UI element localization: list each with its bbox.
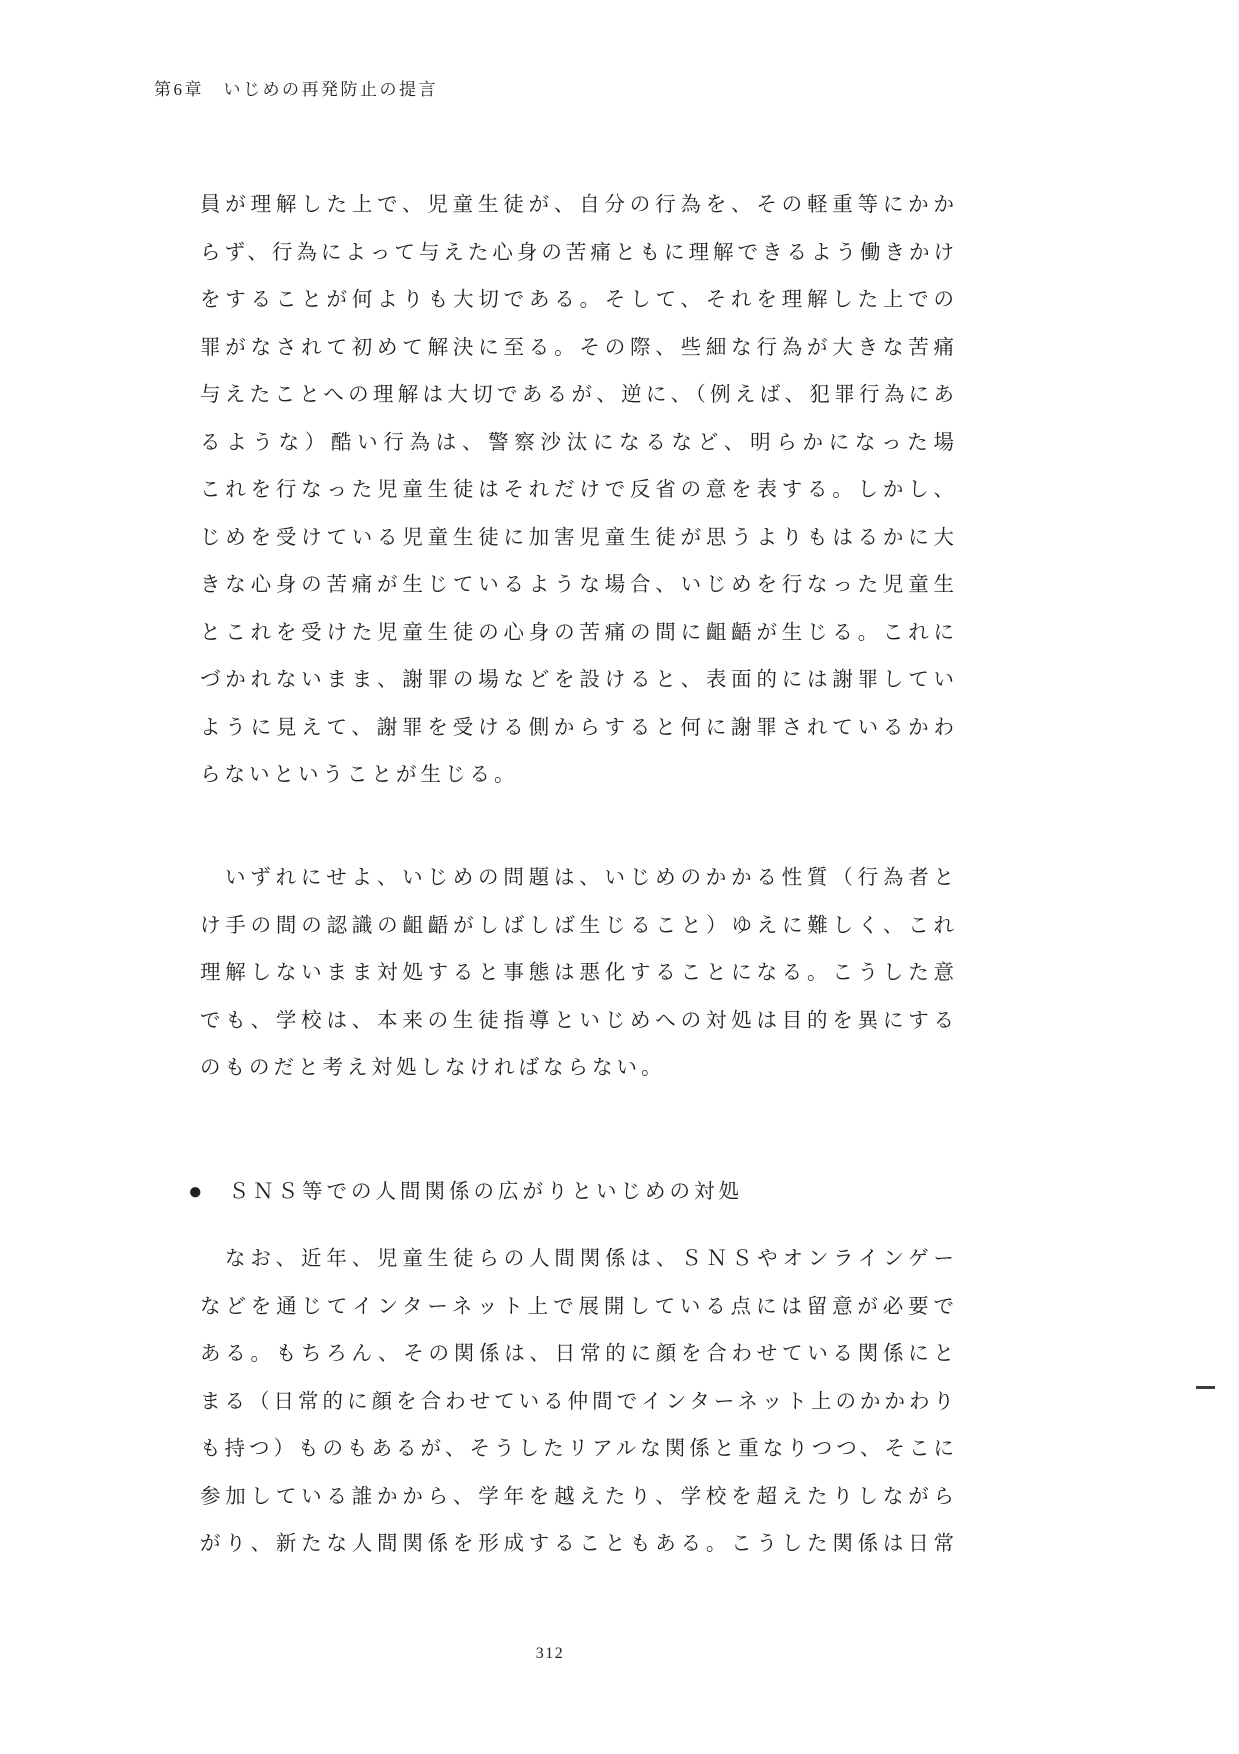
text-line: 理解しないまま対処すると事態は悪化することになる。こうした意味 xyxy=(200,950,958,998)
text-line: け手の間の認識の齟齬がしばしば生じること）ゆえに難しく、これを xyxy=(200,903,958,951)
text-line: のものだと考え対処しなければならない。 xyxy=(200,1045,958,1093)
section-heading: ● ＳＮＳ等での人間関係の広がりといじめの対処 xyxy=(188,1169,960,1216)
text-line: ように見えて、謝罪を受ける側からすると何に謝罪されているかわか xyxy=(200,705,958,753)
text-line: をすることが何よりも大切である。そして、それを理解した上での謝 xyxy=(200,277,958,325)
section-title: ＳＮＳ等での人間関係の広がりといじめの対処 xyxy=(229,1169,744,1216)
bullet-icon: ● xyxy=(188,1169,207,1216)
edge-mark xyxy=(1196,1386,1215,1389)
page-number: 312 xyxy=(200,1642,900,1666)
chapter-header: 第6章 いじめの再発防止の提言 xyxy=(154,78,438,102)
text-line: づかれないまま、謝罪の場などを設けると、表面的には謝罪している xyxy=(200,657,958,705)
paragraph-2: いずれにせよ、いじめの問題は、いじめのかかる性質（行為者と受 け手の間の認識の齟… xyxy=(200,855,958,1093)
text-line: も持つ）ものもあるが、そうしたリアルな関係と重なりつつ、そこに xyxy=(200,1426,958,1474)
text-line: じめを受けている児童生徒に加害児童生徒が思うよりもはるかに大 xyxy=(200,515,958,563)
text-line: らないということが生じる。 xyxy=(200,752,958,800)
text-line: まる（日常的に顔を合わせている仲間でインターネット上のかかわり xyxy=(200,1379,958,1427)
text-line: るような）酷い行為は、警察沙汰になるなど、明らかになった場合、 xyxy=(200,420,958,468)
text-line: 与えたことへの理解は大切であるが、逆に、（例えば、犯罪行為にあた xyxy=(200,372,958,420)
text-line: ある。もちろん、その関係は、日常的に顔を合わせている関係にとど xyxy=(200,1331,958,1379)
text-line: 罪がなされて初めて解決に至る。その際、些細な行為が大きな苦痛を xyxy=(200,325,958,373)
text-line: などを通じてインターネット上で展開している点には留意が必要で xyxy=(200,1284,958,1332)
text-line: きな心身の苦痛が生じているような場合、いじめを行なった児童生徒 xyxy=(200,562,958,610)
paragraph-3: なお、近年、児童生徒らの人間関係は、ＳＮＳやオンラインゲーム などを通じてインタ… xyxy=(200,1236,958,1569)
text-line: なお、近年、児童生徒らの人間関係は、ＳＮＳやオンラインゲーム xyxy=(200,1236,958,1284)
text-line: これを行なった児童生徒はそれだけで反省の意を表する。しかし、い xyxy=(200,467,958,515)
text-line: いずれにせよ、いじめの問題は、いじめのかかる性質（行為者と受 xyxy=(200,855,958,903)
document-page: 第6章 いじめの再発防止の提言 員が理解した上で、児童生徒が、自分の行為を、その… xyxy=(0,0,1239,1754)
text-line: 員が理解した上で、児童生徒が、自分の行為を、その軽重等にかかわ xyxy=(200,182,958,230)
paragraph-1: 員が理解した上で、児童生徒が、自分の行為を、その軽重等にかかわ らず、行為によっ… xyxy=(200,182,958,800)
text-line: がり、新たな人間関係を形成することもある。こうした関係は日常的 xyxy=(200,1521,958,1569)
text-line: でも、学校は、本来の生徒指導といじめへの対処は目的を異にする別 xyxy=(200,998,958,1046)
text-line: とこれを受けた児童生徒の心身の苦痛の間に齟齬が生じる。これに気 xyxy=(200,610,958,658)
text-line: らず、行為によって与えた心身の苦痛ともに理解できるよう働きかけ xyxy=(200,230,958,278)
text-line: 参加している誰かから、学年を越えたり、学校を超えたりしながら広 xyxy=(200,1474,958,1522)
